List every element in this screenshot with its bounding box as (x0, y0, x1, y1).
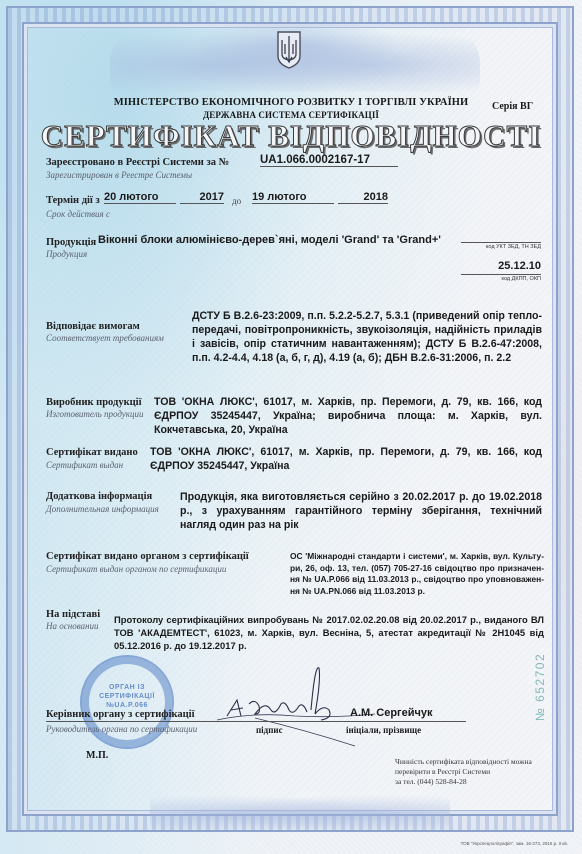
manufacturer-label-ru: Изготовитель продукции (46, 409, 144, 419)
issued-to-label-ru: Сертификат выдан (46, 460, 123, 470)
series-label: Серія ВГ (492, 101, 533, 112)
basis-value: Протоколу сертифікаційних випробувань № … (114, 613, 544, 652)
issuing-body-label-ru: Сертификат выдан органом по сертификации (46, 564, 226, 574)
issuing-body-value: ОС 'Міжнародні стандарти і системи', м. … (290, 551, 544, 597)
stamp-line: ОРГАН ІЗ (82, 683, 172, 692)
issued-to-value: ТОВ 'ОКНА ЛЮКС', 61017, м. Харків, пр. П… (150, 445, 542, 473)
verification-line: Чинність сертифіката відповідності можна (395, 757, 555, 767)
term-from-year: 2017 (180, 191, 224, 204)
requirements-value: ДСТУ Б В.2.6-23:2009, п.п. 5.2.2-5.2.7, … (192, 309, 542, 365)
additional-info-label: Додаткова інформація (46, 491, 152, 502)
basis-label-ru: На основании (46, 621, 99, 631)
manufacturer-label: Виробник продукції (46, 397, 142, 408)
term-to-day: 19 лютого (252, 191, 334, 204)
term-from-day: 20 лютого (104, 191, 176, 204)
verification-note: Чинність сертифіката відповідності можна… (395, 757, 555, 787)
ornament-bottom (150, 790, 450, 830)
product-value: Віконні блоки алюмінієво-дерев`яні, моде… (98, 234, 441, 246)
registration-label: Зареєстровано в Реєстрі Системи за № (46, 157, 229, 168)
registration-number: UA1.066.0002167-17 (260, 154, 398, 167)
requirements-label: Відповідає вимогам (46, 321, 140, 332)
additional-info-value: Продукція, яка виготовляється серійно з … (180, 490, 542, 532)
official-stamp: ОРГАН ІЗ СЕРТИФІКАЦІЇ №UA.P.066 (80, 655, 174, 749)
head-of-body-label-ru: Руководитель органа по сертификации (46, 724, 197, 734)
trident-coat-of-arms-icon (276, 30, 302, 70)
signature-line (46, 721, 466, 722)
stamp-line: СЕРТИФІКАЦІЇ (82, 692, 172, 701)
verification-line: перевірити в Реєстрі Системи (395, 767, 555, 777)
certificate-sheet: МІНІСТЕРСТВО ЕКОНОМІЧНОГО РОЗВИТКУ І ТОР… (0, 0, 582, 854)
name-caption: ініціали, прізвище (346, 725, 421, 735)
registration-label-ru: Зарегистрирован в Реестре Системы (46, 170, 192, 180)
term-label: Термін дії з (46, 195, 100, 206)
product-label-ru: Продукция (46, 249, 87, 259)
basis-label: На підставі (46, 609, 100, 620)
product-code: 25.12.10 (461, 260, 541, 272)
signer-name: А.М. Сергейчук (350, 707, 433, 719)
requirements-label-ru: Соответствует требованиям (46, 333, 164, 343)
term-to-year: 2018 (338, 191, 388, 204)
issued-to-label: Сертифікат видано (46, 447, 138, 458)
term-label-ru: Срок действия с (46, 209, 110, 219)
issuing-body-label: Сертифікат видано органом з сертифікації (46, 551, 249, 562)
code-label-bottom: код ДКПП, ОКП (461, 274, 541, 282)
term-to-label: до (232, 196, 241, 206)
serial-number: № 652702 (533, 652, 547, 722)
additional-info-label-ru: Дополнительная информация (46, 504, 159, 514)
manufacturer-value: ТОВ 'ОКНА ЛЮКС', 61017, м. Харків, пр. П… (154, 395, 542, 437)
printer-imprint: ТОВ "Укрспецполіграфія", зам. 16-273, 20… (461, 841, 568, 846)
certificate-title: СЕРТИФІКАТ ВІДПОВІДНОСТІ (0, 118, 582, 154)
seal-place-label: М.П. (86, 750, 108, 761)
signature-caption: підпис (256, 725, 283, 735)
verification-line: за тел. (044) 528-84-28 (395, 777, 555, 787)
handwritten-signature (215, 660, 375, 750)
product-label: Продукція (46, 237, 96, 248)
code-label-top: код УКТ ЗЕД, ТН ЗЕД (461, 242, 541, 250)
head-of-body-label: Керівник органу з сертифікації (46, 709, 195, 720)
